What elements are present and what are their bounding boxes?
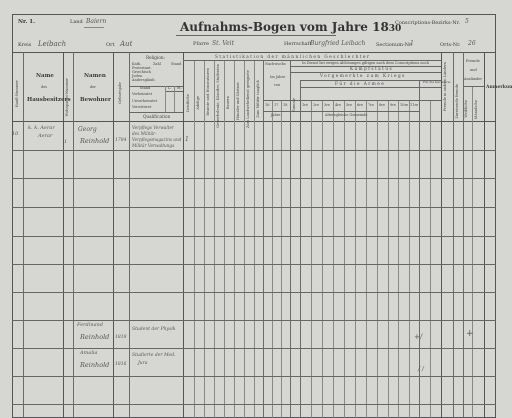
ort-value: Aut [120,41,132,48]
stat-col-label: Bauern [227,96,231,109]
anmerkung-label: Anmerkung [486,86,512,91]
col-line [73,52,74,418]
form-title: Aufnahms-Bogen vom Jahre 1830 [180,21,401,34]
col-line [388,100,389,418]
bewohner-vorname: Georg [78,127,97,133]
row-line [12,236,496,237]
col-line [63,52,64,418]
header-besitzer-3: Hausbesitzers [27,98,71,104]
qualification-line: Verpflegs Verwalter [132,126,174,130]
stat-col-label: Geistliche [187,94,191,112]
col-line [183,52,184,418]
title-underline [176,35,336,36]
stat-col-label: Häusler und Gärtner [237,82,241,120]
header-line [174,86,175,112]
bewohner-vorname: Ferdinand [77,323,103,328]
col-line [484,52,485,418]
row-line [12,376,496,377]
header-besitzer-1: Name [36,74,54,80]
pfarre-value: St. Veit [212,41,234,47]
col-line [311,100,312,418]
orts-value: 26 [468,41,476,47]
statistics-header: Statistikation der männlichen Geschlecht… [215,55,370,59]
header-line [463,86,484,87]
fremde-label: und [470,69,477,73]
year-col: 17 [274,104,278,108]
header-besitzer-2: des [41,86,47,90]
col-line [472,86,473,418]
herrschaft-value: Burgfried Leibach [310,41,365,47]
stand-header: Stand [140,87,150,91]
geburtsjahr: 1818 [115,336,126,341]
row-line [12,348,496,349]
col-line [344,100,345,418]
armee-col: 8re [379,104,385,108]
right-col-label: Fremde in andern Ländern [444,62,448,111]
col-line [113,52,114,418]
anmerkung-mark: + [466,330,474,339]
right-col-label: Zureisende fremde [456,84,460,119]
dienst-header: In Dienst bei ewigen Ablösungen giltigen… [302,62,429,66]
nachwuchs-header: Nachwuchs [265,63,286,67]
row-line [12,207,496,208]
header-wohnpartei: Wohnpartei-Nummer [66,78,70,116]
col-line [377,100,378,418]
qualification-line: des Militär- [132,132,157,136]
land-underline [84,27,104,28]
sectionum-label: Sectionum-Nr. [376,43,412,48]
pfarre-label: Pfarre [193,42,209,47]
col-line [234,60,235,418]
header-bewohner-3: Bewohner [80,98,111,104]
religion-col: Stand [171,63,181,67]
form-number: Nr. 1. [18,20,35,26]
col-line [281,100,282,418]
qualification-line: Student der Physik [132,328,176,333]
armee-col: 11re [410,104,418,108]
armee-col: 6re [357,104,363,108]
qualification-line: Verpflegsmagazins und [132,138,181,142]
jahre-label: Jahre [271,114,281,118]
bewohner-nachname: Reinhold [80,362,109,369]
herrschaft-label: Herrschaft [284,42,312,47]
row-line [12,264,496,265]
stat-col-label: Adelige [197,96,201,110]
im-jahre-label: von [274,84,280,88]
stand-col: L. [168,87,171,91]
stand-row: Verwittwet [132,106,151,110]
header-hausnummer: Hauß-Nummer [16,80,20,107]
wohnpartei-nr: 1 [64,140,67,145]
stand-col: M. [177,87,182,91]
stat-mark: 1 [185,137,189,143]
header-line [165,86,166,112]
besitzer-line-2: Aerar [38,134,52,139]
stat-mark: / / [418,367,424,373]
armee-col: 5re [346,104,352,108]
col-line [129,52,130,418]
row-line [12,320,496,321]
header-line [263,100,441,101]
armee-col: 9re [390,104,396,108]
religion-row: Andersgläub. [132,79,156,83]
row-line [12,178,496,179]
kreis-label: Kreis [18,43,31,48]
qualification-line: Studierte der Med. [132,354,176,359]
col-line [453,52,454,418]
geburtsjahr: 1784 [115,139,126,144]
header-geburtsjahr: Geburtsjahr [119,82,123,104]
stat-col-label: Zum Landwehrdienst geeignete [247,70,251,128]
col-line [366,100,367,418]
header-bewohner-2: der [90,86,96,90]
header-line [263,111,419,112]
orts-label: Orts-Nr. [440,43,461,48]
bewohner-vorname: Amalia [80,351,98,356]
col-line [224,60,225,418]
besitzer-line-1: k. k. Aerar [28,126,55,131]
armee-col: 7re [368,104,374,108]
col-line [300,80,301,418]
col-line [333,100,334,418]
col-line [204,60,205,418]
header-bewohner-1: Namen [84,74,106,80]
col-line [244,60,245,418]
right-col-label: Männliche [475,100,479,119]
right-col-label: Weibliche [465,100,469,118]
fremde-label: Ausländer [464,78,482,82]
col-line [23,52,24,418]
table-top-border [12,52,496,53]
qualification-line: Jura [138,362,148,367]
col-line [441,52,442,418]
altersklasse-label: Altersgleiche Gemeinde [325,114,368,118]
col-line [430,100,431,418]
stat-mark: +/ [414,334,422,341]
armee-col: 1re [302,104,308,108]
armee-col: 2re [313,104,319,108]
bewohner-nachname: Reinhold [80,334,109,341]
stat-col-label: Gewerbsleute, Künstler, Studenten [217,64,221,128]
armee-col: 10re [400,104,408,108]
header-line [300,87,441,88]
haus-nr: 10 [12,132,18,137]
census-form-page: Nr. 1. Land Baiern Aufnahms-Bogen vom Ja… [0,0,512,418]
conscription-label: Conscriptions-Bezirks-Nr. [395,21,460,26]
religion-header: Religion: [146,56,165,60]
religion-col: Zahl [153,63,161,67]
qualification-line: Militär Verwaltungs [132,144,174,148]
ort-label: Ort [106,43,115,48]
stat-col-label: Zum Militär tauglich [257,80,261,118]
col-line [398,100,399,418]
armee-col: 3re [324,104,330,108]
stat-col-label: Beamte und Honoratioren [207,68,211,116]
bewohner-nachname: Reinhold [80,138,109,145]
armee-col: 4re [335,104,341,108]
row-line [12,150,496,151]
geburtsjahr: 1816 [115,363,126,368]
kreis-value: Leibach [38,41,66,48]
col-line [409,100,410,418]
year-col: 16 [265,104,269,108]
land-value: Baiern [86,19,106,25]
vorgemerkte-header: Vorgemerkte zum Kriegs [320,74,406,78]
col-line [290,60,291,418]
row-line [12,404,496,405]
col-line [254,60,255,418]
fremde-label: Fremde [466,60,480,64]
row-line [12,292,496,293]
col-line [263,60,264,418]
stand-row: Unverheiratet [132,100,157,104]
header-line [129,112,183,113]
col-line [272,100,273,418]
im-jahre-label: Im Jahre [270,76,285,80]
qualification-header: Qualification [143,115,170,119]
stand-row: Verheiratet [132,93,152,97]
conscription-value: 5 [465,19,469,25]
sectionum-value: 1 [410,41,414,47]
col-line [214,60,215,418]
col-line [194,60,195,418]
land-label: Land [70,20,83,25]
kampfstatus-header: Kampfstatus [350,67,393,71]
summe-label: Summe [293,98,297,112]
armee-header: Für die Armee [335,82,385,86]
year-col: 18 [283,104,287,108]
col-line [355,100,356,418]
col-line [322,100,323,418]
